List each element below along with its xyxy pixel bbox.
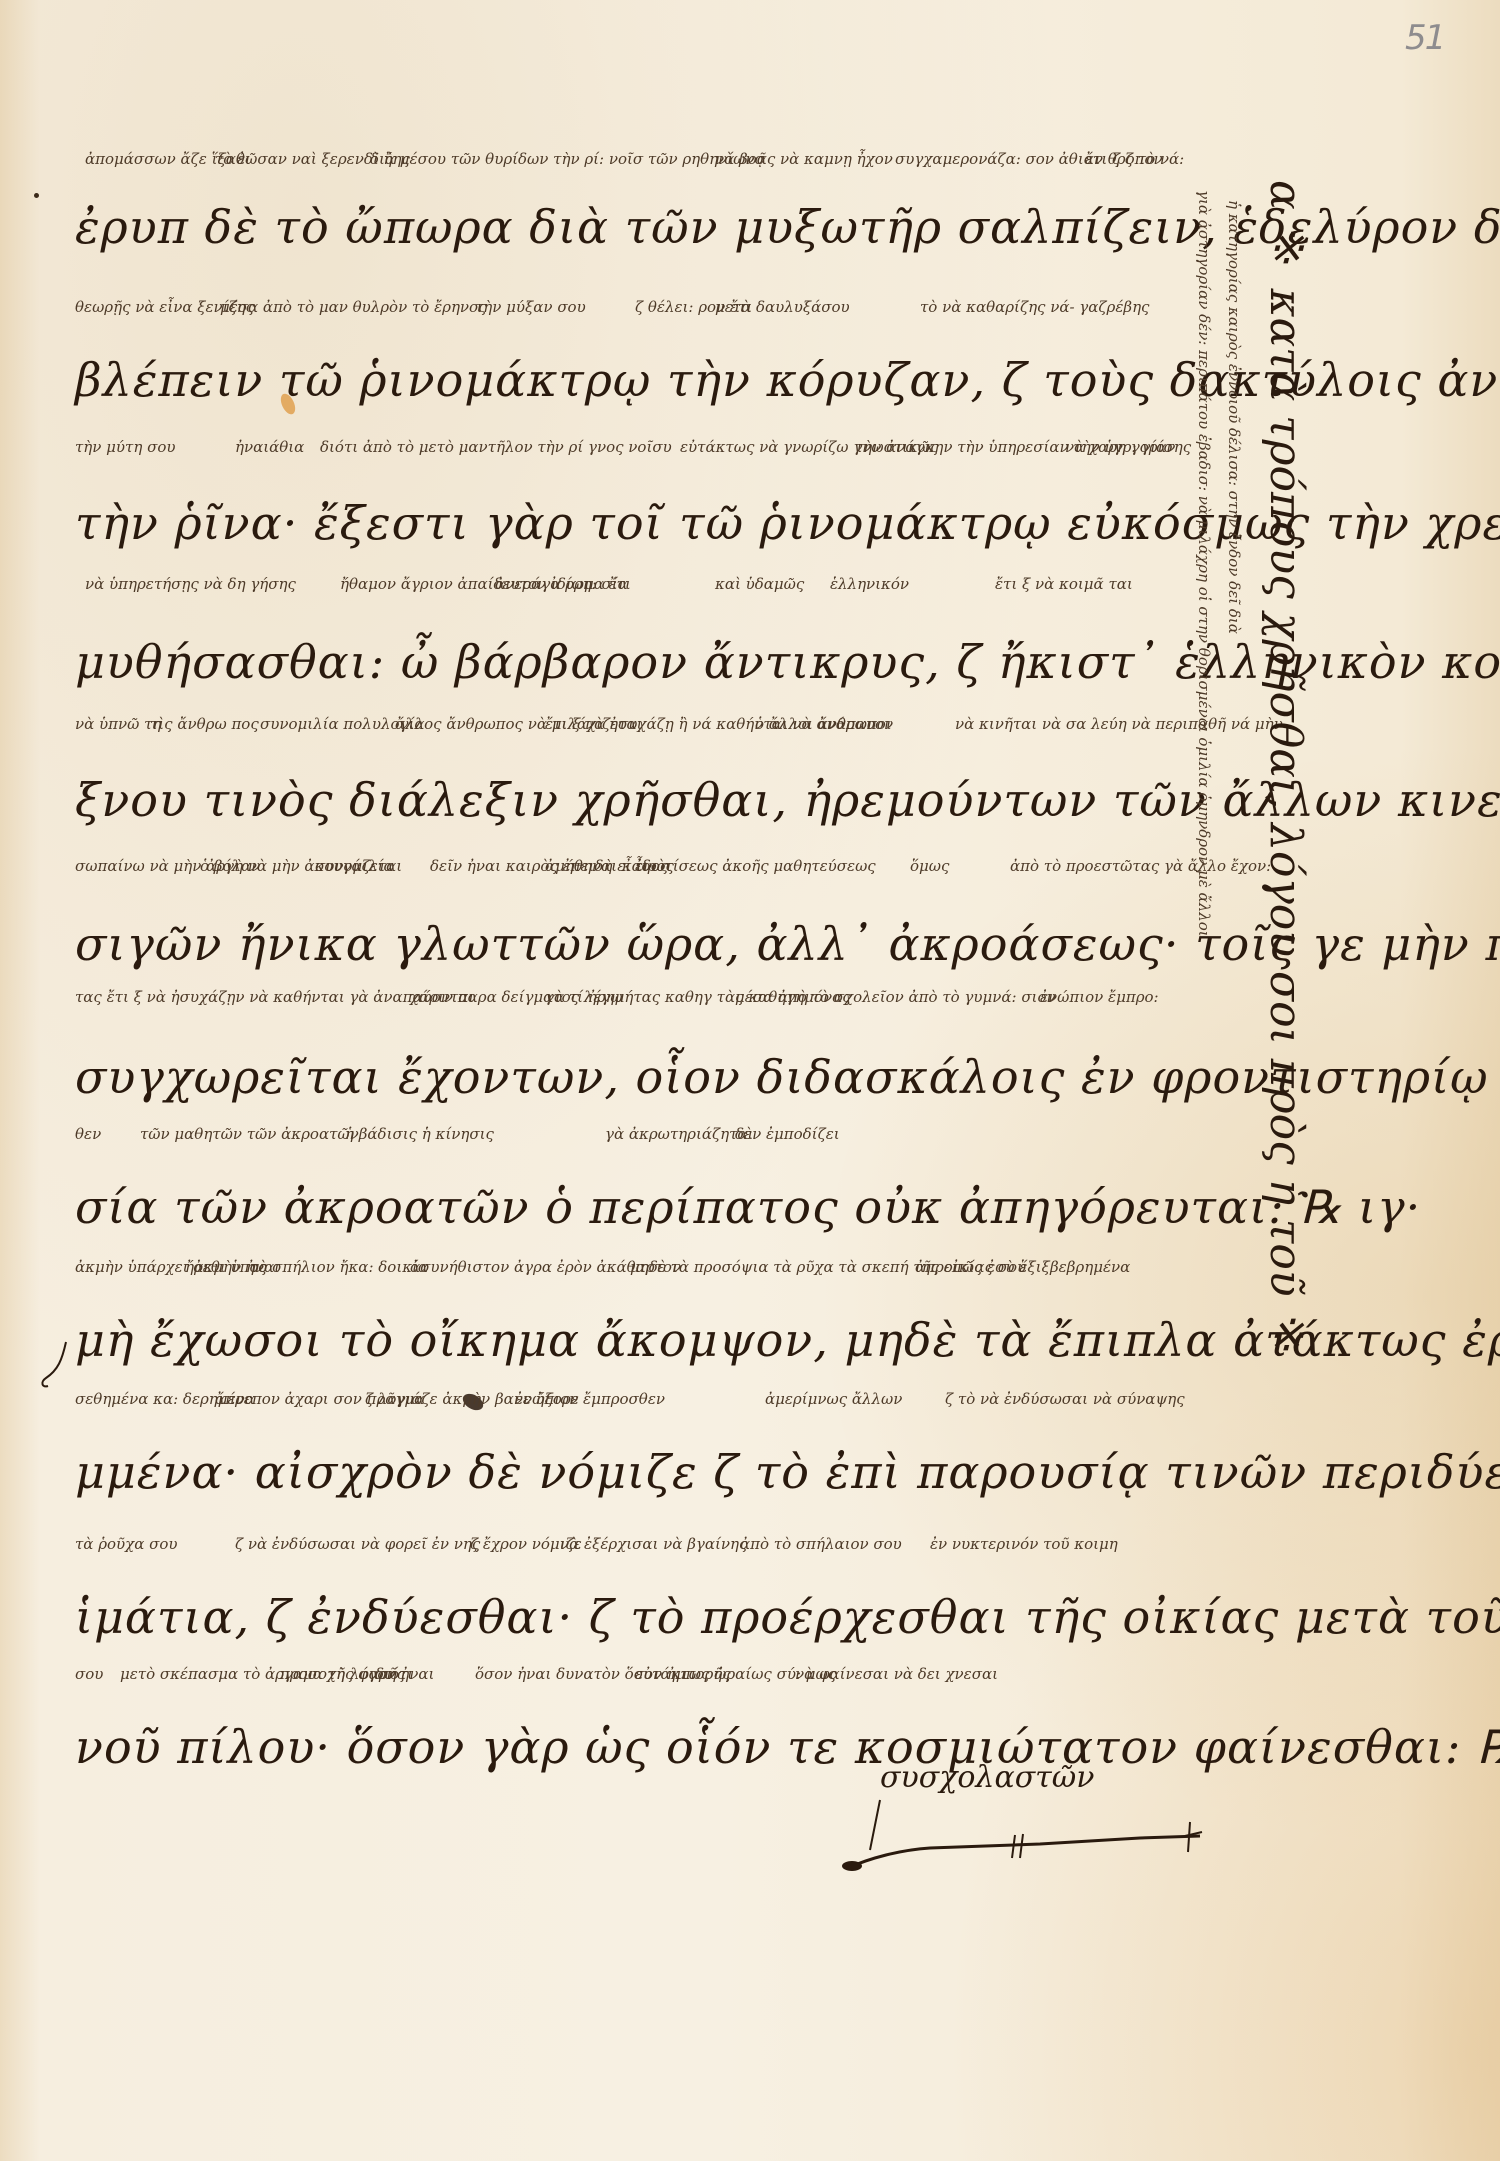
gloss-word: ἀπρεπῶς ἐσὺ ἕξιξ bbox=[915, 1258, 1050, 1276]
text-line-8: θεν τῶν μαθητῶν τῶν ἀκροατῶν ἡ βάδισις ἡ… bbox=[75, 1125, 1165, 1147]
text-line-11: τὰ ῥοῦχα σου ζ νὰ ἐνδύσωσαι νὰ φορεῖ ἐν … bbox=[75, 1535, 1165, 1557]
text-line-12: σου μετὸ σκέπασμα τὸ ἀργαμα τῆς φαρῆς πρ… bbox=[75, 1665, 1165, 1687]
interlinear-gloss: θεωρῇς νὰ εἶνα ξενίζης μέσα ἀπὸ τὸ μαν θ… bbox=[75, 298, 1165, 320]
gloss-word: μέσα ἀπὸ τὸ μαν θυλρὸν τὸ ἔρηνος bbox=[220, 298, 486, 316]
interlinear-gloss: τας ἔτι ξ νὰ ἠσυχάζῃν νὰ καθήνται γὰ ἀνα… bbox=[75, 988, 1165, 1010]
gloss-word: ἐνωτίσεως ἀκοῆς μαθητεύσεως bbox=[635, 857, 876, 875]
gloss-word: τὶς ἄνθρω πος bbox=[150, 715, 259, 733]
interlinear-gloss: νὰ ὑπνῶ τη τὶς ἄνθρω πος συνομιλία πολυλ… bbox=[75, 715, 1165, 737]
margin-note-text: α ※ κατὰ τρόπους χρῆσθαι, λόγου σοι πρὸς… bbox=[1260, 180, 1311, 1362]
gloss-word: τῶν μαθητῶν τῶν ἀκροατῶν bbox=[140, 1125, 359, 1143]
gloss-word: νὰ φαίνεσαι νὰ δει χνεσαι bbox=[795, 1665, 998, 1683]
gloss-word: θεν bbox=[75, 1125, 101, 1143]
gloss-word: ἠναιάθια bbox=[235, 438, 304, 456]
interlinear-gloss: θεν τῶν μαθητῶν τῶν ἀκροατῶν ἡ βάδισις ἡ… bbox=[75, 1125, 1165, 1147]
text-line-5: νὰ ὑπνῶ τη τὶς ἄνθρω πος συνομιλία πολυλ… bbox=[75, 715, 1165, 737]
gloss-word: δὲν ἐμποδίζει bbox=[735, 1125, 840, 1143]
text-line-10: σεθημένα κα: δερημένα ἄπρεπον ἀχαρι σον … bbox=[75, 1390, 1165, 1412]
gloss-word: νὰ χαρη γορίσης bbox=[1065, 438, 1191, 456]
interlinear-gloss: σωπαίνω νὰ μὴν ἀργὴ νὰ μὴν ἀκουγάζεται ὁ… bbox=[75, 857, 1165, 879]
gloss-word: ὅμως bbox=[910, 857, 949, 875]
main-text: ἱμάτια, ζ ἐνδύεσθαι· ζ τὸ προέρχεσθαι τῆ… bbox=[75, 1590, 1500, 1644]
gloss-word: νὰ ὑπνῶ τη bbox=[75, 715, 161, 733]
gloss-word: ἀπὸ τὸ σπήλαιον σου bbox=[740, 1535, 902, 1553]
gloss-word: τὴν μύξαν σου bbox=[475, 298, 586, 316]
interlinear-gloss: νὰ ὑπηρετήσῃς νὰ δη γήσης ἤθαμον ἄγριον … bbox=[75, 575, 1165, 597]
text-line-6: σωπαίνω νὰ μὴν ἀργὴ νὰ μὴν ἀκουγάζεται ὁ… bbox=[75, 857, 1165, 879]
flourish-line bbox=[840, 1780, 1240, 1880]
gloss-word: ἔτι ξ νὰ κοιμᾶ ται bbox=[995, 575, 1133, 593]
gloss-word: νὰ ὑπηρετήσῃς νὰ δη γήσης bbox=[85, 575, 296, 593]
gloss-word: βεβρημένα bbox=[1050, 1258, 1130, 1276]
gloss-word: ἀμερίμνως ἄλλων bbox=[765, 1390, 902, 1408]
gloss-word: ἐν νυκτερινόν τοῦ κοιμη bbox=[930, 1535, 1118, 1553]
margin-gloss-inner: ἡ κατηγορίας καιρὸς ἐννοιοῦ δέλισα: στην… bbox=[1225, 200, 1243, 634]
manuscript-page: 51 ἀπομάσσων ἄζε ἵξαθι τὸ ἐῶσαν ναὶ ξερε… bbox=[0, 0, 1500, 2161]
interlinear-gloss: σεθημένα κα: δερημένα ἄπρεπον ἀχαρι σον … bbox=[75, 1390, 1165, 1412]
gloss-word: τὸ σπήλιον ἤκα: δοικία bbox=[250, 1258, 428, 1276]
gloss-word: ἑλληνικόν bbox=[830, 575, 909, 593]
text-line-2: θεωρῇς νὰ εἶνα ξενίζης μέσα ἀπὸ τὸ μαν θ… bbox=[75, 298, 1165, 320]
gloss-word: ζ νὰ ἐνδύσωσαι νὰ φορεῖ ἐν νης bbox=[235, 1535, 480, 1553]
gloss-word: σου bbox=[75, 1665, 103, 1683]
gloss-word: γὰ ἀκρωτηριάζηται bbox=[605, 1125, 753, 1143]
gloss-word: ὁ ἄλλοι ἄνθρωποι bbox=[755, 715, 892, 733]
interlinear-gloss: ἀπομάσσων ἄζε ἵξαθι τὸ ἐῶσαν ναὶ ξερενδὶ… bbox=[75, 150, 1165, 172]
gloss-word: νὰ βοᾷς νὰ καμνῃ ἦχον bbox=[715, 150, 893, 168]
gloss-word: νὰ ἐξέρχισαι νὰ βγαίνης bbox=[560, 1535, 747, 1553]
gloss-word: μέσα ἀπὸ τὸ σχολεῖον ἀπὸ τὸ γυμνά: σιον bbox=[735, 988, 1056, 1006]
margin-gloss-outer: γιὰ ἀστηγορίαν δέν: περιπάτου ἐβαδισ: νὰ… bbox=[1195, 190, 1213, 937]
gloss-word: ἡ βάδισις ἡ κίνησις bbox=[345, 1125, 494, 1143]
gloss-word: μετὰ δαυλυξάσου bbox=[715, 298, 850, 316]
text-line-9: ἀκμὴν ὑπάρχει ἀκμὴν ἠναι ἤρεθι ὑπος τὸ σ… bbox=[75, 1258, 1165, 1280]
margin-note: γιὰ ἀστηγορίαν δέν: περιπάτου ἐβαδισ: νὰ… bbox=[1175, 180, 1315, 1310]
interlinear-gloss: τὰ ῥοῦχα σου ζ νὰ ἐνδύσωσαι νὰ φορεῖ ἐν … bbox=[75, 1535, 1165, 1557]
gloss-word: τὸ νὰ καθαρίζης νά- γαζρέβης bbox=[920, 298, 1149, 316]
gloss-word: διότι bbox=[375, 1665, 413, 1683]
folio-number: 51 bbox=[1405, 18, 1444, 58]
text-line-1: ἀπομάσσων ἄζε ἵξαθι τὸ ἐῶσαν ναὶ ξερενδὶ… bbox=[75, 150, 1165, 172]
gloss-word: τὰ ῥοῦχα σου bbox=[75, 1535, 178, 1553]
interlinear-gloss: ἀκμὴν ὑπάρχει ἀκμὴν ἠναι ἤρεθι ὑπος τὸ σ… bbox=[75, 1258, 1165, 1280]
gloss-word: ὁ βόλαν bbox=[200, 857, 260, 875]
text-line-4: νὰ ὑπηρετήσῃς νὰ δη γήσης ἤθαμον ἄγριον … bbox=[75, 575, 1165, 597]
gloss-word: τὴν μύτη σου bbox=[75, 438, 175, 456]
margin-dot bbox=[34, 193, 39, 198]
gloss-word: συνομιλία bbox=[315, 857, 394, 875]
interlinear-gloss: σου μετὸ σκέπασμα τὸ ἀργαμα τῆς φαρῆς πρ… bbox=[75, 1665, 1165, 1687]
text-line-3: τὴν μύτη σου ἠναιάθια διότι ἀπὸ τὸ μετὸ … bbox=[75, 438, 1165, 460]
main-text: νοῦ πίλου· ὅσον γὰρ ὡς οἷόν τε κοσμιώτατ… bbox=[75, 1720, 1500, 1774]
gloss-word: ἐνώπιον ἔμπρο: bbox=[1040, 988, 1159, 1006]
gloss-word: ἐνώπιον ἔμπροσθεν bbox=[515, 1390, 665, 1408]
gloss-word: ἔτι ζ ζ τὸ νά: bbox=[1085, 150, 1184, 168]
gloss-word: καὶ ὑδαμῶς bbox=[715, 575, 804, 593]
gloss-word: διότι ἀπὸ τὸ μετὸ μαντῆλον τὴν ρί γνος ν… bbox=[320, 438, 672, 456]
main-text: μμένα· αἰσχρὸν δὲ νόμιζε ζ τὸ ἐπὶ παρουσ… bbox=[75, 1445, 1500, 1499]
interlinear-gloss: τὴν μύτη σου ἠναιάθια διότι ἀπὸ τὸ μετὸ … bbox=[75, 438, 1165, 460]
gloss-word: διὰ μέσου τῶν θυρίδων τὴν ρί: νοῖσ τῶν ρ… bbox=[370, 150, 765, 168]
gloss-word: ζ τὸ νὰ ἐνδύσωσαι νὰ σύναψης bbox=[945, 1390, 1185, 1408]
gloss-word: ἀνεράγα ρρη: σία bbox=[495, 575, 628, 593]
text-line-7: τας ἔτι ξ νὰ ἠσυχάζῃν νὰ καθήνται γὰ ἀνα… bbox=[75, 988, 1165, 1010]
margin-hook-mark bbox=[36, 1340, 76, 1390]
